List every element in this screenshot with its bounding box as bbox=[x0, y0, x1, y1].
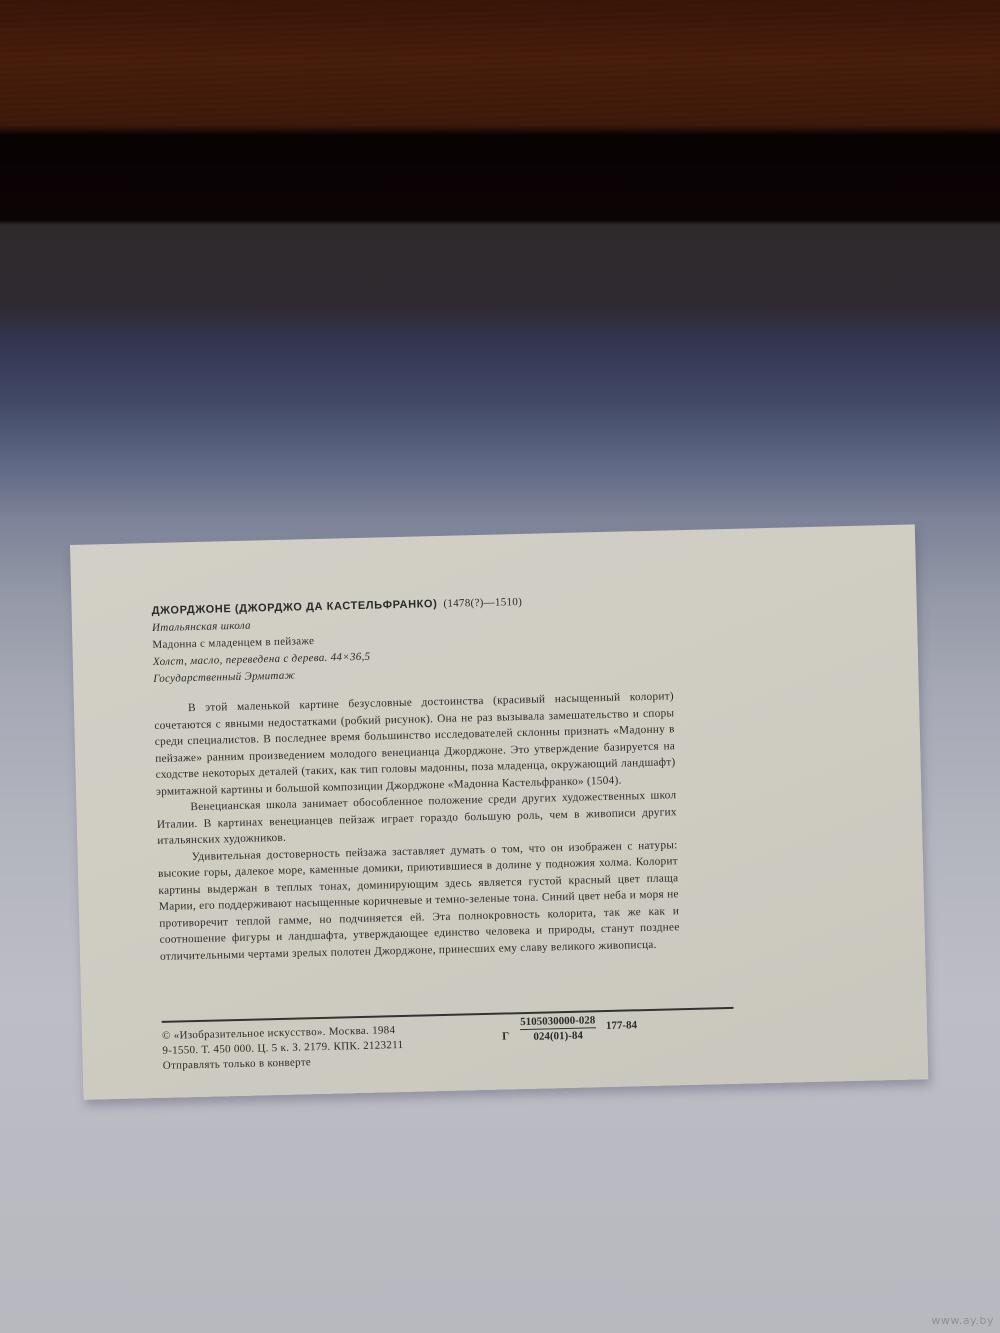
artist-dates: (1478(?)—1510) bbox=[443, 596, 522, 610]
artwork-header: ДЖОРДЖОНЕ (ДЖОРДЖО ДА КАСТЕЛЬФРАНКО)(147… bbox=[151, 588, 753, 688]
watermark: www.ay.by bbox=[931, 1314, 994, 1327]
footer-divider bbox=[162, 1007, 734, 1022]
index-letter: Г bbox=[502, 1030, 509, 1042]
paragraph: Удивительная достоверность пейзажа заста… bbox=[157, 837, 680, 965]
index-denominator: 024(01)-84 bbox=[520, 1028, 596, 1043]
postcard-back: ДЖОРДЖОНЕ (ДЖОРДЖО ДА КАСТЕЛЬФРАНКО)(147… bbox=[70, 524, 928, 1099]
publisher-info: © «Изобразительное искусство». Москва. 1… bbox=[162, 1023, 404, 1074]
description-text: В этой маленькой картине безусловные дос… bbox=[154, 688, 680, 965]
index-code: 177-84 bbox=[606, 1019, 637, 1032]
index-fraction: 5105030000-028 024(01)-84 bbox=[520, 1014, 597, 1043]
paragraph: В этой маленькой картине безусловные дос… bbox=[154, 688, 676, 800]
wooden-surface bbox=[0, 0, 1000, 132]
